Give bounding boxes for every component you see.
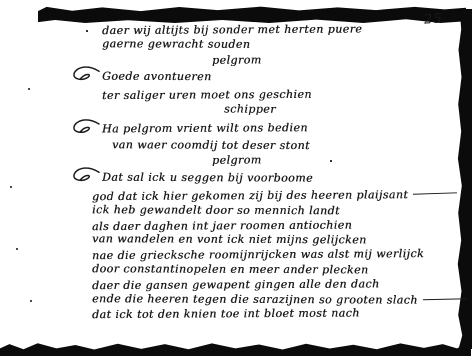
line-text: door constantinopelen en meer ander plec… xyxy=(92,262,369,276)
line-text: Dat sal ick u seggen bij voorboome xyxy=(102,171,313,185)
ink-speck xyxy=(10,186,12,188)
manuscript-line: gaerne gewracht souden xyxy=(102,37,458,53)
ink-speck xyxy=(30,300,32,302)
line-text: schipper xyxy=(224,102,276,115)
manuscript-line: door constantinopelen en meer ander plec… xyxy=(92,262,458,278)
manuscript-line: Dat sal ick u seggen bij voorboome xyxy=(72,167,458,189)
line-text: ende die heeren tegen die sarazijnen so … xyxy=(92,292,467,307)
line-text: pelgrom xyxy=(212,154,262,167)
speaker-heading: pelgrom xyxy=(212,153,458,169)
line-text: van wandelen en vont ick niet mijns geli… xyxy=(92,233,367,247)
speaker-heading: schipper xyxy=(224,102,458,118)
line-text: dat ick tot den knien toe int bloet most… xyxy=(92,307,360,322)
ink-speck xyxy=(330,160,332,162)
line-text: daer wij altijts bij sonder met herten p… xyxy=(102,22,362,37)
ink-speck xyxy=(28,88,30,90)
manuscript-line: Goede avontueren xyxy=(72,67,458,89)
line-text: daer die gansen gewapent gingen alle den… xyxy=(92,277,380,292)
line-text: ick heb gewandelt door so mennich landt xyxy=(92,203,340,217)
line-text: Ha pelgrom vrient wilt ons bedien xyxy=(102,121,308,135)
ink-speck xyxy=(16,248,18,250)
pen-flourish-icon xyxy=(72,119,100,140)
line-text: pelgrom xyxy=(212,53,262,66)
scan-border-top xyxy=(38,6,466,23)
line-text: van waer coomdij tot deser stont xyxy=(112,138,310,152)
manuscript-line: god dat ick hier gekomen zij bij des hee… xyxy=(92,188,458,205)
manuscript-line: daer die gansen gewapent gingen alle den… xyxy=(92,277,458,294)
line-text: gaerne gewracht souden xyxy=(102,37,250,51)
ink-speck xyxy=(86,30,88,32)
pen-flourish-icon xyxy=(72,167,100,188)
pen-flourish-icon xyxy=(72,67,100,88)
line-text: god dat ick hier gekomen zij bij des hee… xyxy=(92,188,457,203)
manuscript-line: dat ick tot den knien toe int bloet most… xyxy=(92,306,458,323)
manuscript-line: ick heb gewandelt door so mennich landt xyxy=(92,203,458,219)
manuscript-line: ter saliger uren moet ons geschien xyxy=(102,87,458,104)
manuscript-text: daer wij altijts bij sonder met herten p… xyxy=(0,23,458,322)
line-text: ter saliger uren moet ons geschien xyxy=(102,88,312,102)
line-text: Goede avontueren xyxy=(102,70,212,83)
scan-border-bottom xyxy=(0,339,471,356)
manuscript-page: 25 daer wij altijts bij sonder met herte… xyxy=(0,0,474,361)
speaker-heading: pelgrom xyxy=(212,52,458,68)
line-text: nae die griecksche roomijnrijcken was al… xyxy=(92,247,424,262)
line-text: als daer daghen int jaer roomen antiochi… xyxy=(92,218,352,233)
manuscript-line: Ha pelgrom vrient wilt ons bedien xyxy=(72,117,458,140)
manuscript-line: daer wij altijts bij sonder met herten p… xyxy=(102,22,458,39)
